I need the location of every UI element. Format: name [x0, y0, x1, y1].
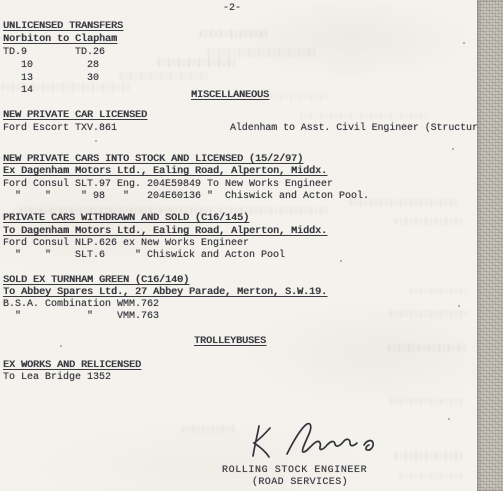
bleed-through-smudge [2, 83, 132, 91]
destination-subheading: To Abbey Spares Ltd., 27 Abbey Parade, M… [3, 287, 327, 299]
section-heading-trolleybuses: TROLLEYBUSES [194, 336, 266, 348]
route-subheading: Norbiton to Clapham [3, 34, 117, 46]
section-heading-new-private-car-licensed: NEW PRIVATE CAR LICENSED [3, 110, 147, 122]
page-number: -2- [223, 3, 241, 15]
destination-subheading: To Dagenham Motors Ltd., Ealing Road, Al… [3, 226, 327, 238]
scan-speck [60, 345, 62, 347]
scan-speck [448, 418, 450, 420]
bleed-through-smudge [350, 199, 460, 206]
scan-speck [452, 148, 454, 150]
bleed-through-smudge [388, 344, 468, 352]
bleed-through-smudge [200, 30, 270, 38]
bleed-through-smudge [250, 93, 330, 100]
page-edge-strip [477, 0, 503, 491]
scan-speck [95, 140, 97, 142]
bleed-through-smudge [158, 58, 238, 67]
bleed-through-smudge [410, 288, 470, 294]
vehicle-detail-lines: Ford Consul NLP.626 ex New Works Enginee… [3, 238, 285, 263]
signature-scrawl-icon [243, 418, 383, 468]
scan-speck [340, 260, 342, 262]
source-subheading: Ex Dagenham Motors Ltd., Ealing Road, Al… [3, 166, 327, 178]
scan-speck [463, 42, 465, 44]
allocation-line: Aldenham to Asst. Civil Engineer (Struct… [230, 123, 496, 135]
relicensed-line: To Lea Bridge 1352 [3, 372, 111, 384]
vehicle-line: Ford Escort TXV.861 [3, 123, 117, 135]
section-heading-unlicensed-transfers: UNLICENSED TRANSFERS [3, 21, 123, 33]
bleed-through-smudge [400, 472, 465, 479]
bleed-through-smudge [390, 310, 470, 317]
section-heading-ex-works-relicensed: EX WORKS AND RELICENSED [3, 360, 141, 372]
bleed-through-smudge [208, 48, 318, 57]
section-heading-private-cars-withdrawn-sold: PRIVATE CARS WITHDRAWN AND SOLD (C16/145… [3, 213, 249, 225]
bleed-through-smudge [120, 72, 210, 80]
vehicle-detail-lines: B.S.A. Combination WMM.762 " " VMM.763 [3, 299, 159, 324]
footer-title-line1: ROLLING STOCK ENGINEER [222, 465, 367, 477]
bleed-through-smudge [395, 218, 465, 225]
bleed-through-smudge [390, 398, 465, 405]
scan-speck [458, 305, 460, 307]
vehicle-detail-lines: Ford Consul SLT.97 Eng. 204E59849 To New… [3, 179, 369, 204]
bleed-through-smudge [182, 425, 237, 433]
scanned-document-page: -2- UNLICENSED TRANSFERS Norbiton to Cla… [0, 0, 503, 491]
section-heading-new-private-cars-into-stock: NEW PRIVATE CARS INTO STOCK AND LICENSED… [3, 154, 303, 166]
bleed-through-smudge [395, 452, 465, 460]
footer-title-line2: (ROAD SERVICES) [252, 477, 348, 489]
bleed-through-smudge [20, 207, 330, 214]
section-heading-sold-ex-turnham-green: SOLD EX TURNHAM GREEN (C16/140) [3, 275, 189, 287]
bleed-through-smudge [300, 112, 430, 119]
